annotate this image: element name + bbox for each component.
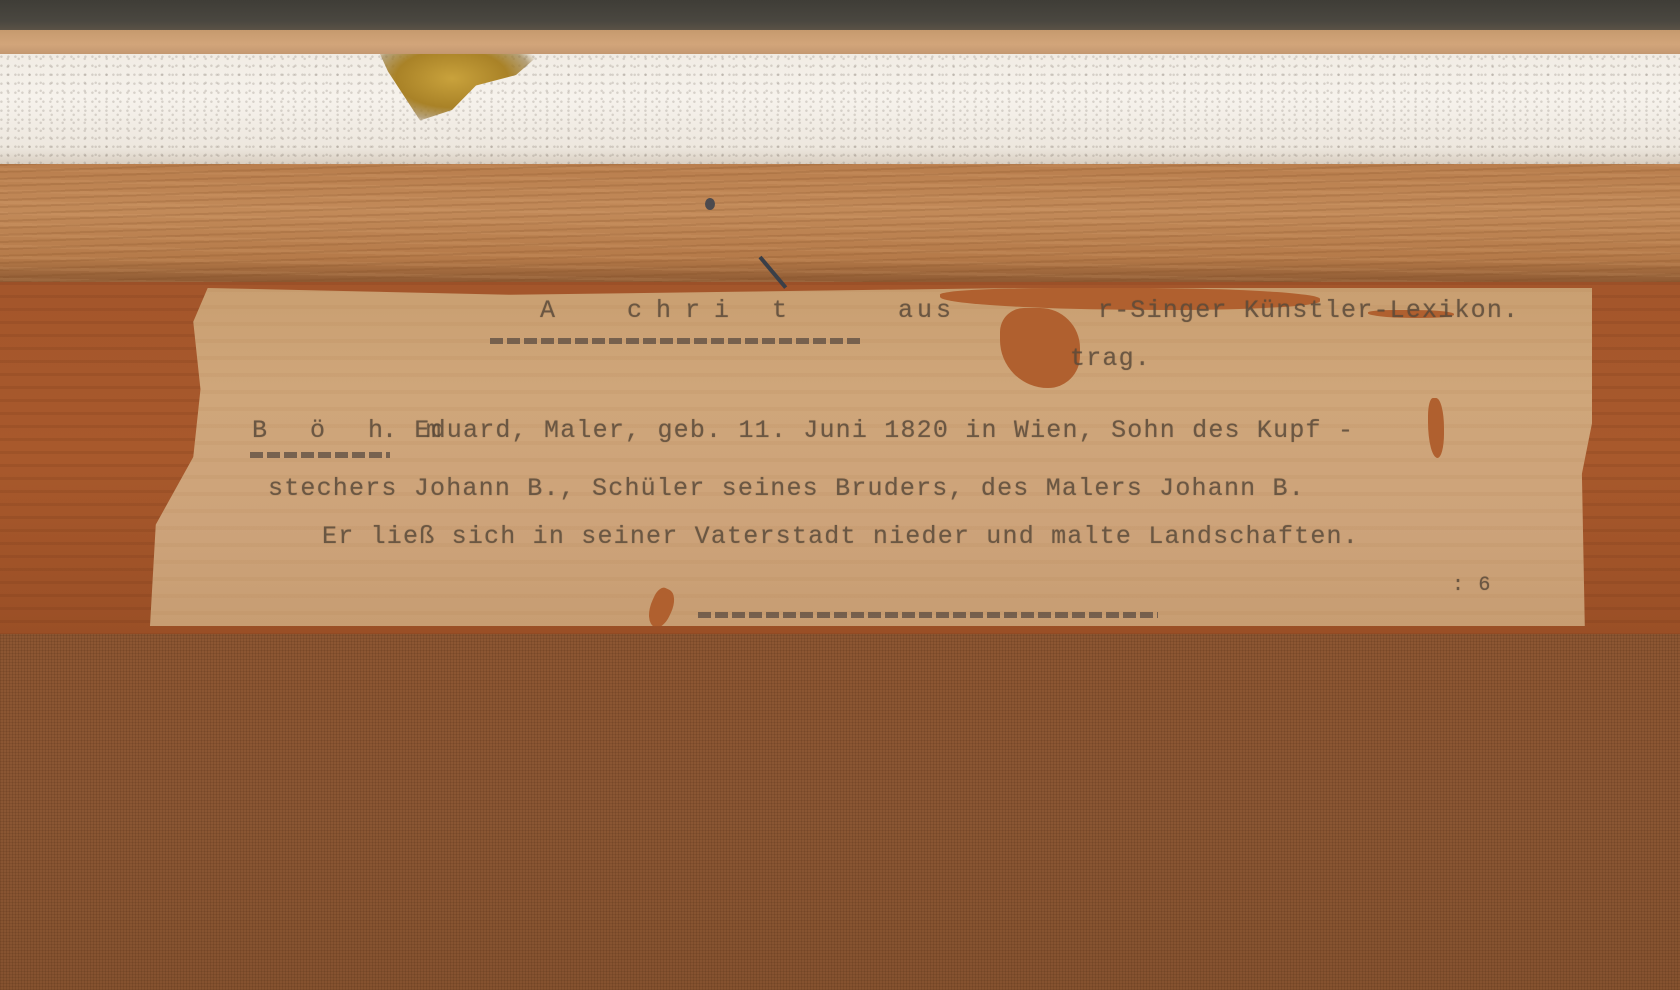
label-heading-source: aus: [898, 296, 955, 325]
frame-tan-edge: [0, 30, 1680, 54]
frame-dark-strip: [0, 0, 1680, 30]
heading-underline: [490, 338, 860, 344]
label-lexicon-title: r-Singer Künstler-Lexikon.: [1098, 296, 1519, 325]
label-heading: A chri t: [540, 296, 801, 325]
label-tear-bottom: [643, 585, 680, 631]
bottom-underline: [698, 612, 1158, 618]
linen-canvas-back: [0, 634, 1680, 990]
label-entry-line2: stechers Johann B., Schüler seines Brude…: [268, 474, 1305, 503]
frame-gesso-moulding: [0, 54, 1680, 164]
label-entry-line3: Er ließ sich in seiner Vaterstadt nieder…: [322, 522, 1359, 551]
name-underline: [250, 452, 390, 458]
label-entry-line1: . Eduard, Maler, geb. 11. Juni 1820 in W…: [382, 416, 1354, 445]
label-stain-drip: [1428, 398, 1444, 458]
label-page-mark: : 6: [1452, 574, 1492, 597]
oak-stretcher-bar: [0, 164, 1680, 282]
label-line2-tail: trag.: [1070, 344, 1151, 373]
nail-head-icon: [705, 198, 715, 210]
label-tear-stain: [1000, 308, 1080, 388]
